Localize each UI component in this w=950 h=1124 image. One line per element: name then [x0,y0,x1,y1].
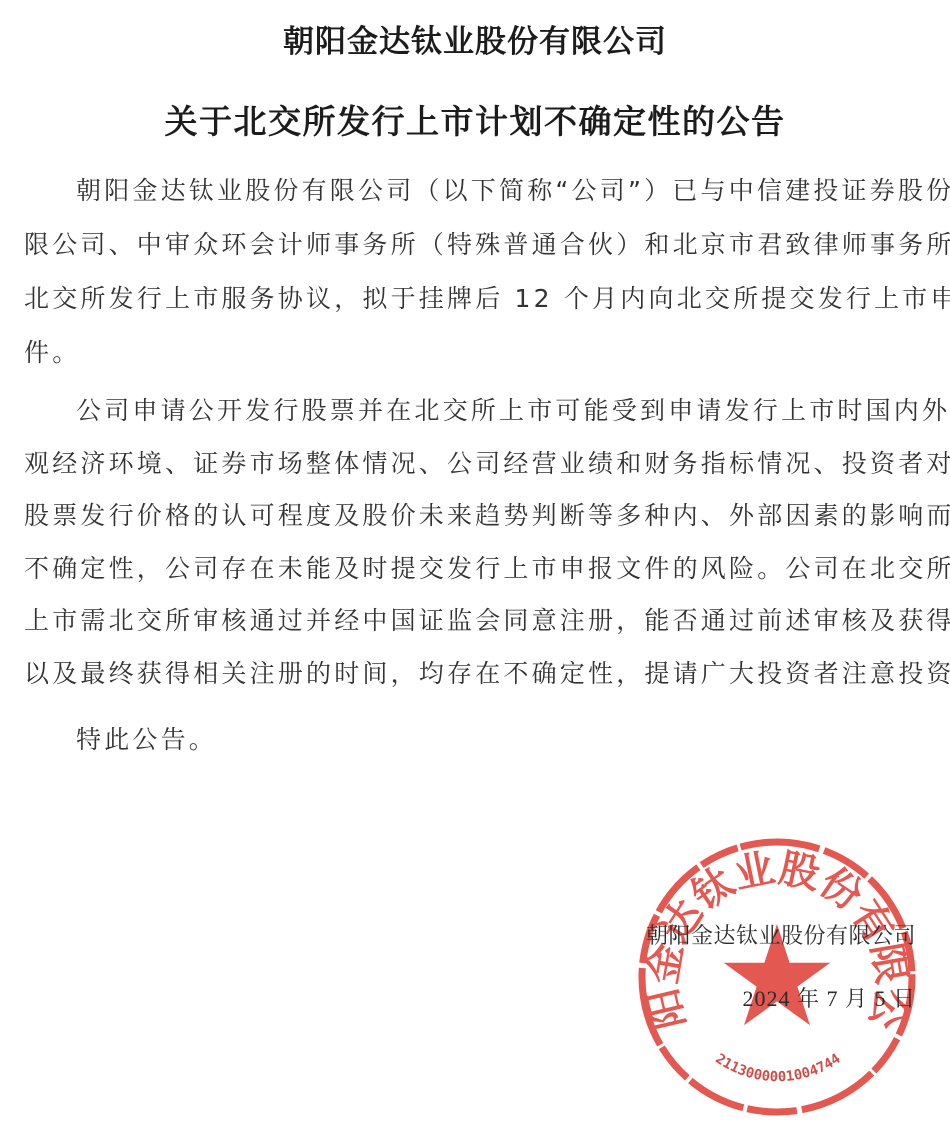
paragraph-line: 股票发行价格的认可程度及股价未来趋势判断等多种内、外部因素的影响而存在 [24,490,924,543]
announcement-title: 关于北交所发行上市计划不确定性的公告 [0,96,950,143]
paragraph-line: 以及最终获得相关注册的时间，均存在不确定性，提请广大投资者注意投资风险。 [24,648,924,701]
paragraph-line: 件。 [24,326,924,380]
paragraph-line: 观经济环境、证券市场整体情况、公司经营业绩和财务指标情况、投资者对公司 [24,438,924,491]
paragraph-line: 公司申请公开发行股票并在北交所上市可能受到申请发行上市时国内外宏 [24,385,924,438]
signature-company: 朝阳金达钛业股份有限公司 [646,919,916,950]
company-title: 朝阳金达钛业股份有限公司 [0,16,950,61]
company-seal: 朝阳金达钛业股份有限公司 2113000001004744 [632,832,922,1122]
paragraph-line: 限公司、中审众环会计师事务所（特殊普通合伙）和北京市君致律师事务所签订 [24,218,924,272]
paragraph-risk: 公司申请公开发行股票并在北交所上市可能受到申请发行上市时国内外宏 观经济环境、证… [24,385,924,700]
paragraph-line: 上市需北交所审核通过并经中国证监会同意注册，能否通过前述审核及获得注册， [24,595,924,648]
paragraph-line: 北交所发行上市服务协议，拟于挂牌后 12 个月内向北交所提交发行上市申请文 [24,272,924,326]
closing-statement: 特此公告。 [24,714,924,766]
closing-text: 特此公告。 [24,714,924,766]
paragraph-agreement: 朝阳金达钛业股份有限公司（以下简称“公司”）已与中信建投证券股份有 限公司、中审… [24,164,924,380]
seal-serial-number: 2113000001004744 [712,1051,843,1085]
paragraph-line: 不确定性，公司存在未能及时提交发行上市申报文件的风险。公司在北交所发行 [24,543,924,596]
paragraph-line: 朝阳金达钛业股份有限公司（以下简称“公司”）已与中信建投证券股份有 [24,164,924,218]
announcement-date: 2024 年 7 月 5 日 [742,982,916,1013]
